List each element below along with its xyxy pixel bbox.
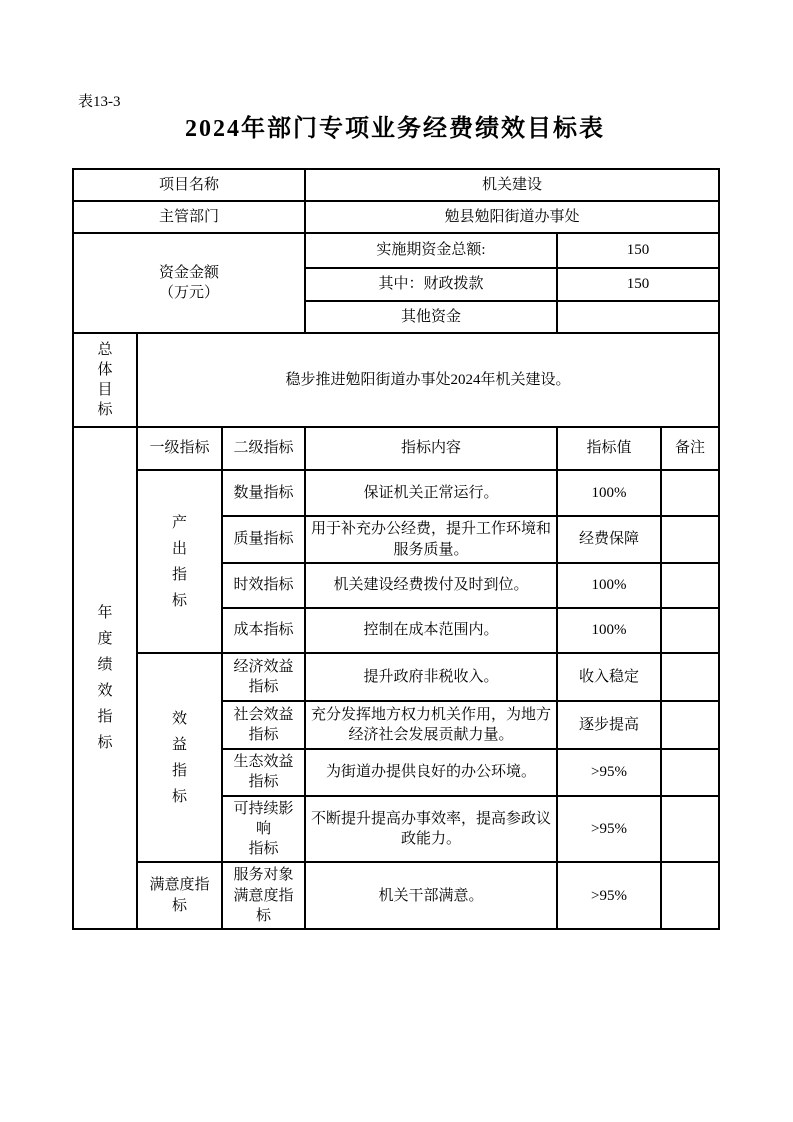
header-primary-indicator: 一级指标 [137, 427, 222, 470]
secondary-indicator: 社会效益 指标 [222, 701, 305, 749]
project-name-label: 项目名称 [73, 169, 305, 201]
funding-amount-label: 资金金额 （万元） [73, 233, 305, 333]
note-cell [661, 608, 719, 653]
secondary-indicator: 服务对象 满意度指标 [222, 862, 305, 929]
header-indicator-content: 指标内容 [305, 427, 557, 470]
overall-goal-content: 稳步推进勉阳街道办事处2024年机关建设。 [137, 333, 719, 427]
indicator-value: 100% [557, 470, 661, 516]
secondary-indicator: 成本指标 [222, 608, 305, 653]
secondary-indicator: 质量指标 [222, 516, 305, 563]
funding-other-label: 其他资金 [305, 301, 557, 333]
document-body: 表13-3 2024年部门专项业务经费绩效目标表 项目名称 机关建设 主管部门 … [72, 93, 718, 930]
note-cell [661, 862, 719, 929]
primary-indicator-output-text: 产出指标 [171, 510, 188, 614]
note-cell [661, 796, 719, 863]
funding-fiscal-value: 150 [557, 268, 719, 301]
indicator-content: 为街道办提供良好的办公环境。 [305, 749, 557, 796]
secondary-indicator: 数量指标 [222, 470, 305, 516]
overall-goal-label-text: 总体目标 [96, 340, 113, 420]
funding-other-value [557, 301, 719, 333]
header-note: 备注 [661, 427, 719, 470]
funding-fiscal-label: 其中：财政拨款 [305, 268, 557, 301]
indicator-value: 逐步提高 [557, 701, 661, 749]
indicator-content: 保证机关正常运行。 [305, 470, 557, 516]
note-cell [661, 563, 719, 608]
note-cell [661, 516, 719, 563]
department-value: 勉县勉阳街道办事处 [305, 201, 719, 233]
primary-indicator-output: 产出指标 [137, 470, 222, 653]
secondary-indicator: 时效指标 [222, 563, 305, 608]
overall-goal-label: 总体目标 [73, 333, 137, 427]
secondary-indicator: 可持续影响 指标 [222, 796, 305, 863]
primary-indicator-benefit-text: 效益指标 [171, 706, 188, 810]
indicator-value: 经费保障 [557, 516, 661, 563]
table-row: 总体目标 稳步推进勉阳街道办事处2024年机关建设。 [73, 333, 719, 427]
indicator-value: >95% [557, 749, 661, 796]
table-row: 主管部门 勉县勉阳街道办事处 [73, 201, 719, 233]
header-secondary-indicator: 二级指标 [222, 427, 305, 470]
note-cell [661, 653, 719, 701]
table-row: 满意度指标 服务对象 满意度指标 机关干部满意。 >95% [73, 862, 719, 929]
table-row: 产出指标 数量指标 保证机关正常运行。 100% [73, 470, 719, 516]
indicator-value: 收入稳定 [557, 653, 661, 701]
annual-indicators-label: 年度绩效指标 [73, 427, 137, 929]
primary-indicator-benefit: 效益指标 [137, 653, 222, 862]
indicator-content: 提升政府非税收入。 [305, 653, 557, 701]
indicator-content: 不断提升提高办事效率，提高参政议政能力。 [305, 796, 557, 863]
indicator-value: >95% [557, 796, 661, 863]
primary-indicator-satisfaction: 满意度指标 [137, 862, 222, 929]
table-row: 项目名称 机关建设 [73, 169, 719, 201]
table-row: 效益指标 经济效益 指标 提升政府非税收入。 收入稳定 [73, 653, 719, 701]
form-number: 表13-3 [72, 93, 718, 111]
note-cell [661, 701, 719, 749]
page-title: 2024年部门专项业务经费绩效目标表 [72, 114, 718, 144]
annual-indicators-label-text: 年度绩效指标 [96, 600, 113, 756]
performance-target-table: 项目名称 机关建设 主管部门 勉县勉阳街道办事处 资金金额 （万元） 实施期资金… [72, 168, 720, 930]
secondary-indicator: 经济效益 指标 [222, 653, 305, 701]
header-indicator-value: 指标值 [557, 427, 661, 470]
indicator-content: 用于补充办公经费，提升工作环境和服务质量。 [305, 516, 557, 563]
indicator-content: 充分发挥地方权力机关作用，为地方经济社会发展贡献力量。 [305, 701, 557, 749]
secondary-indicator: 生态效益 指标 [222, 749, 305, 796]
indicator-content: 机关建设经费拨付及时到位。 [305, 563, 557, 608]
note-cell [661, 749, 719, 796]
table-row: 资金金额 （万元） 实施期资金总额: 150 [73, 233, 719, 268]
table-row: 年度绩效指标 一级指标 二级指标 指标内容 指标值 备注 [73, 427, 719, 470]
indicator-content: 机关干部满意。 [305, 862, 557, 929]
indicator-value: >95% [557, 862, 661, 929]
indicator-value: 100% [557, 608, 661, 653]
indicator-content: 控制在成本范围内。 [305, 608, 557, 653]
department-label: 主管部门 [73, 201, 305, 233]
project-name-value: 机关建设 [305, 169, 719, 201]
funding-total-value: 150 [557, 233, 719, 268]
note-cell [661, 470, 719, 516]
indicator-value: 100% [557, 563, 661, 608]
funding-total-label: 实施期资金总额: [305, 233, 557, 268]
document-page: 表13-3 2024年部门专项业务经费绩效目标表 项目名称 机关建设 主管部门 … [0, 0, 793, 1122]
